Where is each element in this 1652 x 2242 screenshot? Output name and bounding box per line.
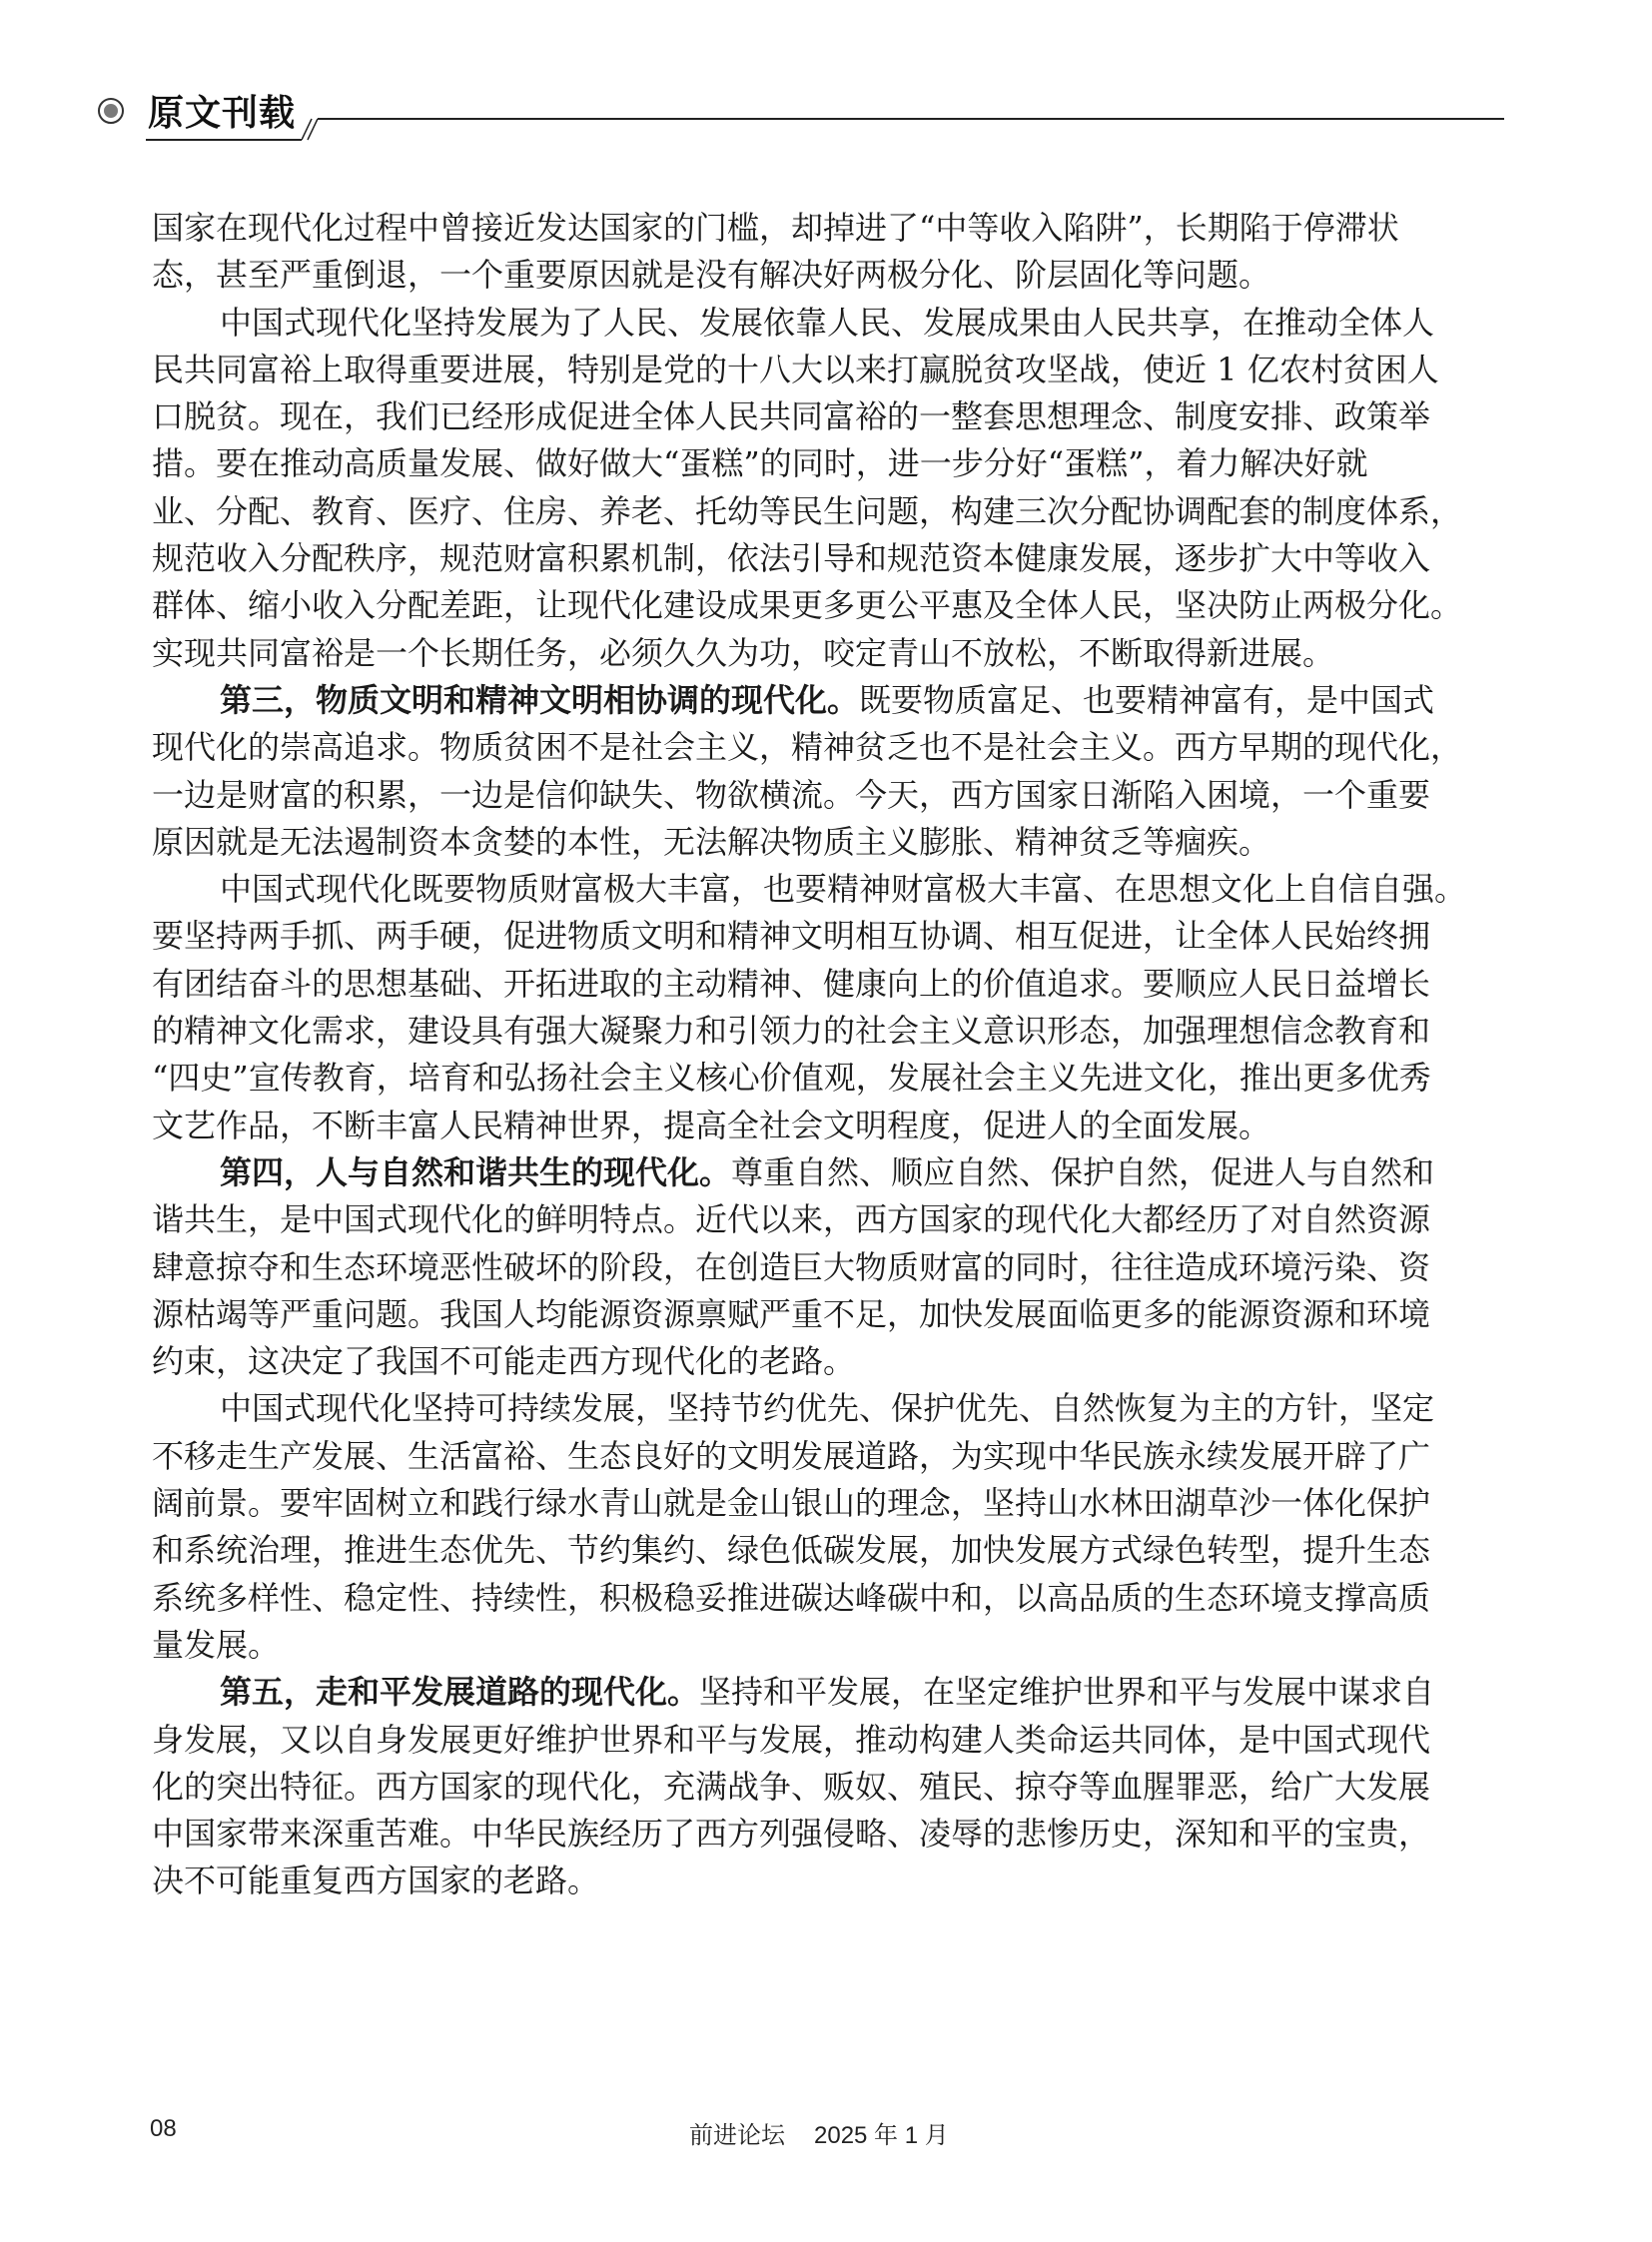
page-footer: 08 前进论坛 2025 年 1 月 bbox=[0, 2107, 1652, 2167]
text-line: 实现共同富裕是一个长期任务，必须久久为功，咬定青山不放松，不断取得新进展。 bbox=[152, 630, 1502, 677]
text-line: 要坚持两手抓、两手硬，促进物质文明和精神文明相互协调、相互促进，让全体人民始终拥 bbox=[152, 913, 1502, 960]
text-line: 一边是财富的积累，一边是信仰缺失、物欲横流。今天，西方国家日渐陷入困境，一个重要 bbox=[152, 772, 1502, 819]
text-line: 原因就是无法遏制资本贪婪的本性，无法解决物质主义膨胀、精神贫乏等痼疾。 bbox=[152, 819, 1502, 866]
text-line: 中国式现代化坚持发展为了人民、发展依靠人民、发展成果由人民共享，在推动全体人 bbox=[152, 300, 1502, 347]
line-text: 量发展。 bbox=[152, 1626, 280, 1664]
line-text: 有团结奋斗的思想基础、开拓进取的主动精神、健康向上的价值追求。要顺应人民日益增长 bbox=[152, 965, 1430, 1003]
line-text: 系统多样性、稳定性、持续性，积极稳妥推进碳达峰碳中和，以高品质的生态环境支撑高质 bbox=[152, 1579, 1430, 1617]
line-text: 化的突出特征。西方国家的现代化，充满战争、贩奴、殖民、掠夺等血腥罪恶，给广大发展 bbox=[152, 1768, 1430, 1806]
line-text: 中国家带来深重苦难。中华民族经历了西方列强侵略、凌辱的悲惨历史，深知和平的宝贵， bbox=[152, 1815, 1430, 1853]
line-text: 态，甚至严重倒退，一个重要原因就是没有解决好两极分化、阶层固化等问题。 bbox=[152, 256, 1270, 294]
line-text: 身发展，又以自身发展更好维护世界和平与发展，推动构建人类命运共同体，是中国式现代 bbox=[152, 1721, 1430, 1759]
text-line: 量发展。 bbox=[152, 1622, 1502, 1669]
line-text: 坚持和平发展，在坚定维护世界和平与发展中谋求自 bbox=[699, 1673, 1434, 1711]
text-line: 源枯竭等严重问题。我国人均能源资源禀赋严重不足，加快发展面临更多的能源资源和环境 bbox=[152, 1291, 1502, 1338]
line-text: 不移走生产发展、生活富裕、生态良好的文明发展道路，为实现中华民族永续发展开辟了广 bbox=[152, 1437, 1430, 1475]
section-title: 原文刊载 bbox=[148, 88, 296, 138]
text-line: 阔前景。要牢固树立和践行绿水青山就是金山银山的理念，坚持山水林田湖草沙一体化保护 bbox=[152, 1480, 1502, 1527]
line-text: 群体、缩小收入分配差距，让现代化建设成果更多更公平惠及全体人民，坚决防止两极分化… bbox=[152, 586, 1462, 624]
line-text: 要坚持两手抓、两手硬，促进物质文明和精神文明相互协调、相互促进，让全体人民始终拥 bbox=[152, 917, 1430, 955]
line-text: 国家在现代化过程中曾接近发达国家的门槛，却掉进了“中等收入陷阱”，长期陷于停滞状 bbox=[152, 209, 1399, 247]
page-header: 原文刊载 bbox=[0, 0, 1652, 160]
line-text: 和系统治理，推进生态优先、节约集约、绿色低碳发展，加快发展方式绿色转型，提升生态 bbox=[152, 1531, 1430, 1569]
page-number: 08 bbox=[150, 2115, 177, 2143]
line-text: 民共同富裕上取得重要进展，特别是党的十八大以来打赢脱贫攻坚战，使近 1 亿农村贫… bbox=[152, 351, 1439, 388]
text-line: 谐共生，是中国式现代化的鲜明特点。近代以来，西方国家的现代化大都经历了对自然资源 bbox=[152, 1196, 1502, 1243]
text-line: 不移走生产发展、生活富裕、生态良好的文明发展道路，为实现中华民族永续发展开辟了广 bbox=[152, 1433, 1502, 1480]
text-line: 身发展，又以自身发展更好维护世界和平与发展，推动构建人类命运共同体，是中国式现代 bbox=[152, 1717, 1502, 1764]
line-text: 阔前景。要牢固树立和践行绿水青山就是金山银山的理念，坚持山水林田湖草沙一体化保护 bbox=[152, 1484, 1430, 1522]
text-line: 民共同富裕上取得重要进展，特别是党的十八大以来打赢脱贫攻坚战，使近 1 亿农村贫… bbox=[152, 347, 1502, 393]
line-text: 中国式现代化坚持可持续发展，坚持节约优先、保护优先、自然恢复为主的方针，坚定 bbox=[220, 1389, 1434, 1427]
section-heading-line: 第四，人与自然和谐共生的现代化。尊重自然、顺应自然、保护自然，促进人与自然和 bbox=[152, 1149, 1502, 1196]
text-line: “四史”宣传教育，培育和弘扬社会主义核心价值观，发展社会主义先进文化，推出更多优… bbox=[152, 1055, 1502, 1102]
text-line: 中国式现代化坚持可持续发展，坚持节约优先、保护优先、自然恢复为主的方针，坚定 bbox=[152, 1385, 1502, 1432]
line-text: 原因就是无法遏制资本贪婪的本性，无法解决物质主义膨胀、精神贫乏等痼疾。 bbox=[152, 823, 1270, 861]
text-line: 肆意掠夺和生态环境恶性破坏的阶段，在创造巨大物质财富的同时，往往造成环境污染、资 bbox=[152, 1244, 1502, 1291]
line-text: 措。要在推动高质量发展、做好做大“蛋糕”的同时，进一步分好“蛋糕”，着力解决好就 bbox=[152, 444, 1367, 482]
line-text: 一边是财富的积累，一边是信仰缺失、物欲横流。今天，西方国家日渐陷入困境，一个重要 bbox=[152, 776, 1430, 814]
line-text: 决不可能重复西方国家的老路。 bbox=[152, 1862, 599, 1899]
text-line: 系统多样性、稳定性、持续性，积极稳妥推进碳达峰碳中和，以高品质的生态环境支撑高质 bbox=[152, 1575, 1502, 1622]
line-text: 肆意掠夺和生态环境恶性破坏的阶段，在创造巨大物质财富的同时，往往造成环境污染、资 bbox=[152, 1248, 1430, 1286]
text-line: 措。要在推动高质量发展、做好做大“蛋糕”的同时，进一步分好“蛋糕”，着力解决好就 bbox=[152, 440, 1502, 487]
text-line: 和系统治理，推进生态优先、节约集约、绿色低碳发展，加快发展方式绿色转型，提升生态 bbox=[152, 1527, 1502, 1574]
text-line: 化的突出特征。西方国家的现代化，充满战争、贩奴、殖民、掠夺等血腥罪恶，给广大发展 bbox=[152, 1764, 1502, 1811]
line-text: 中国式现代化既要物质财富极大丰富，也要精神财富极大丰富、在思想文化上自信自强。 bbox=[220, 870, 1466, 908]
section-heading-line: 第三，物质文明和精神文明相协调的现代化。既要物质富足、也要精神富有，是中国式 bbox=[152, 677, 1502, 724]
line-text: “四史”宣传教育，培育和弘扬社会主义核心价值观，发展社会主义先进文化，推出更多优… bbox=[152, 1059, 1431, 1097]
text-line: 群体、缩小收入分配差距，让现代化建设成果更多更公平惠及全体人民，坚决防止两极分化… bbox=[152, 582, 1502, 629]
text-line: 中国式现代化既要物质财富极大丰富，也要精神财富极大丰富、在思想文化上自信自强。 bbox=[152, 866, 1502, 913]
line-text: 既要物质富足、也要精神富有，是中国式 bbox=[859, 681, 1434, 719]
article-body: 国家在现代化过程中曾接近发达国家的门槛，却掉进了“中等收入陷阱”，长期陷于停滞状… bbox=[152, 205, 1502, 1905]
line-text: 源枯竭等严重问题。我国人均能源资源禀赋严重不足，加快发展面临更多的能源资源和环境 bbox=[152, 1295, 1430, 1333]
header-rule-left bbox=[146, 139, 302, 141]
header-rule-right bbox=[318, 118, 1504, 120]
text-line: 的精神文化需求，建设具有强大凝聚力和引领力的社会主义意识形态，加强理想信念教育和 bbox=[152, 1008, 1502, 1055]
text-line: 业、分配、教育、医疗、住房、养老、托幼等民生问题，构建三次分配协调配套的制度体系… bbox=[152, 488, 1502, 535]
text-line: 现代化的崇高追求。物质贫困不是社会主义，精神贫乏也不是社会主义。西方早期的现代化… bbox=[152, 724, 1502, 771]
text-line: 决不可能重复西方国家的老路。 bbox=[152, 1858, 1502, 1904]
section-heading-line: 第五，走和平发展道路的现代化。坚持和平发展，在坚定维护世界和平与发展中谋求自 bbox=[152, 1669, 1502, 1716]
text-line: 规范收入分配秩序，规范财富积累机制，依法引导和规范资本健康发展，逐步扩大中等收入 bbox=[152, 535, 1502, 582]
text-line: 中国家带来深重苦难。中华民族经历了西方列强侵略、凌辱的悲惨历史，深知和平的宝贵， bbox=[152, 1811, 1502, 1858]
section-heading: 第五，走和平发展道路的现代化。 bbox=[220, 1673, 699, 1711]
line-text: 实现共同富裕是一个长期任务，必须久久为功，咬定青山不放松，不断取得新进展。 bbox=[152, 634, 1334, 672]
line-text: 业、分配、教育、医疗、住房、养老、托幼等民生问题，构建三次分配协调配套的制度体系… bbox=[152, 492, 1462, 530]
line-text: 约束，这决定了我国不可能走西方现代化的老路。 bbox=[152, 1342, 855, 1380]
text-line: 国家在现代化过程中曾接近发达国家的门槛，却掉进了“中等收入陷阱”，长期陷于停滞状 bbox=[152, 205, 1502, 252]
section-heading: 第三，物质文明和精神文明相协调的现代化。 bbox=[220, 681, 859, 719]
circle-bullet-icon bbox=[98, 98, 124, 124]
line-text: 谐共生，是中国式现代化的鲜明特点。近代以来，西方国家的现代化大都经历了对自然资源 bbox=[152, 1200, 1430, 1238]
line-text: 口脱贫。现在，我们已经形成促进全体人民共同富裕的一整套思想理念、制度安排、政策举 bbox=[152, 397, 1430, 435]
line-text: 中国式现代化坚持发展为了人民、发展依靠人民、发展成果由人民共享，在推动全体人 bbox=[220, 304, 1434, 342]
line-text: 规范收入分配秩序，规范财富积累机制，依法引导和规范资本健康发展，逐步扩大中等收入 bbox=[152, 539, 1430, 577]
line-text: 尊重自然、顺应自然、保护自然，促进人与自然和 bbox=[731, 1153, 1434, 1191]
text-line: 态，甚至严重倒退，一个重要原因就是没有解决好两极分化、阶层固化等问题。 bbox=[152, 252, 1502, 299]
text-line: 文艺作品，不断丰富人民精神世界，提高全社会文明程度，促进人的全面发展。 bbox=[152, 1103, 1502, 1149]
journal-name: 前进论坛 bbox=[689, 2115, 785, 2150]
line-text: 文艺作品，不断丰富人民精神世界，提高全社会文明程度，促进人的全面发展。 bbox=[152, 1107, 1270, 1144]
section-heading: 第四，人与自然和谐共生的现代化。 bbox=[220, 1153, 731, 1191]
line-text: 现代化的崇高追求。物质贫困不是社会主义，精神贫乏也不是社会主义。西方早期的现代化… bbox=[152, 728, 1462, 766]
text-line: 口脱贫。现在，我们已经形成促进全体人民共同富裕的一整套思想理念、制度安排、政策举 bbox=[152, 393, 1502, 440]
text-line: 约束，这决定了我国不可能走西方现代化的老路。 bbox=[152, 1338, 1502, 1385]
header-rule-slash bbox=[302, 117, 324, 141]
line-text: 的精神文化需求，建设具有强大凝聚力和引领力的社会主义意识形态，加强理想信念教育和 bbox=[152, 1012, 1430, 1050]
issue-date: 2025 年 1 月 bbox=[814, 2115, 949, 2150]
text-line: 有团结奋斗的思想基础、开拓进取的主动精神、健康向上的价值追求。要顺应人民日益增长 bbox=[152, 961, 1502, 1008]
